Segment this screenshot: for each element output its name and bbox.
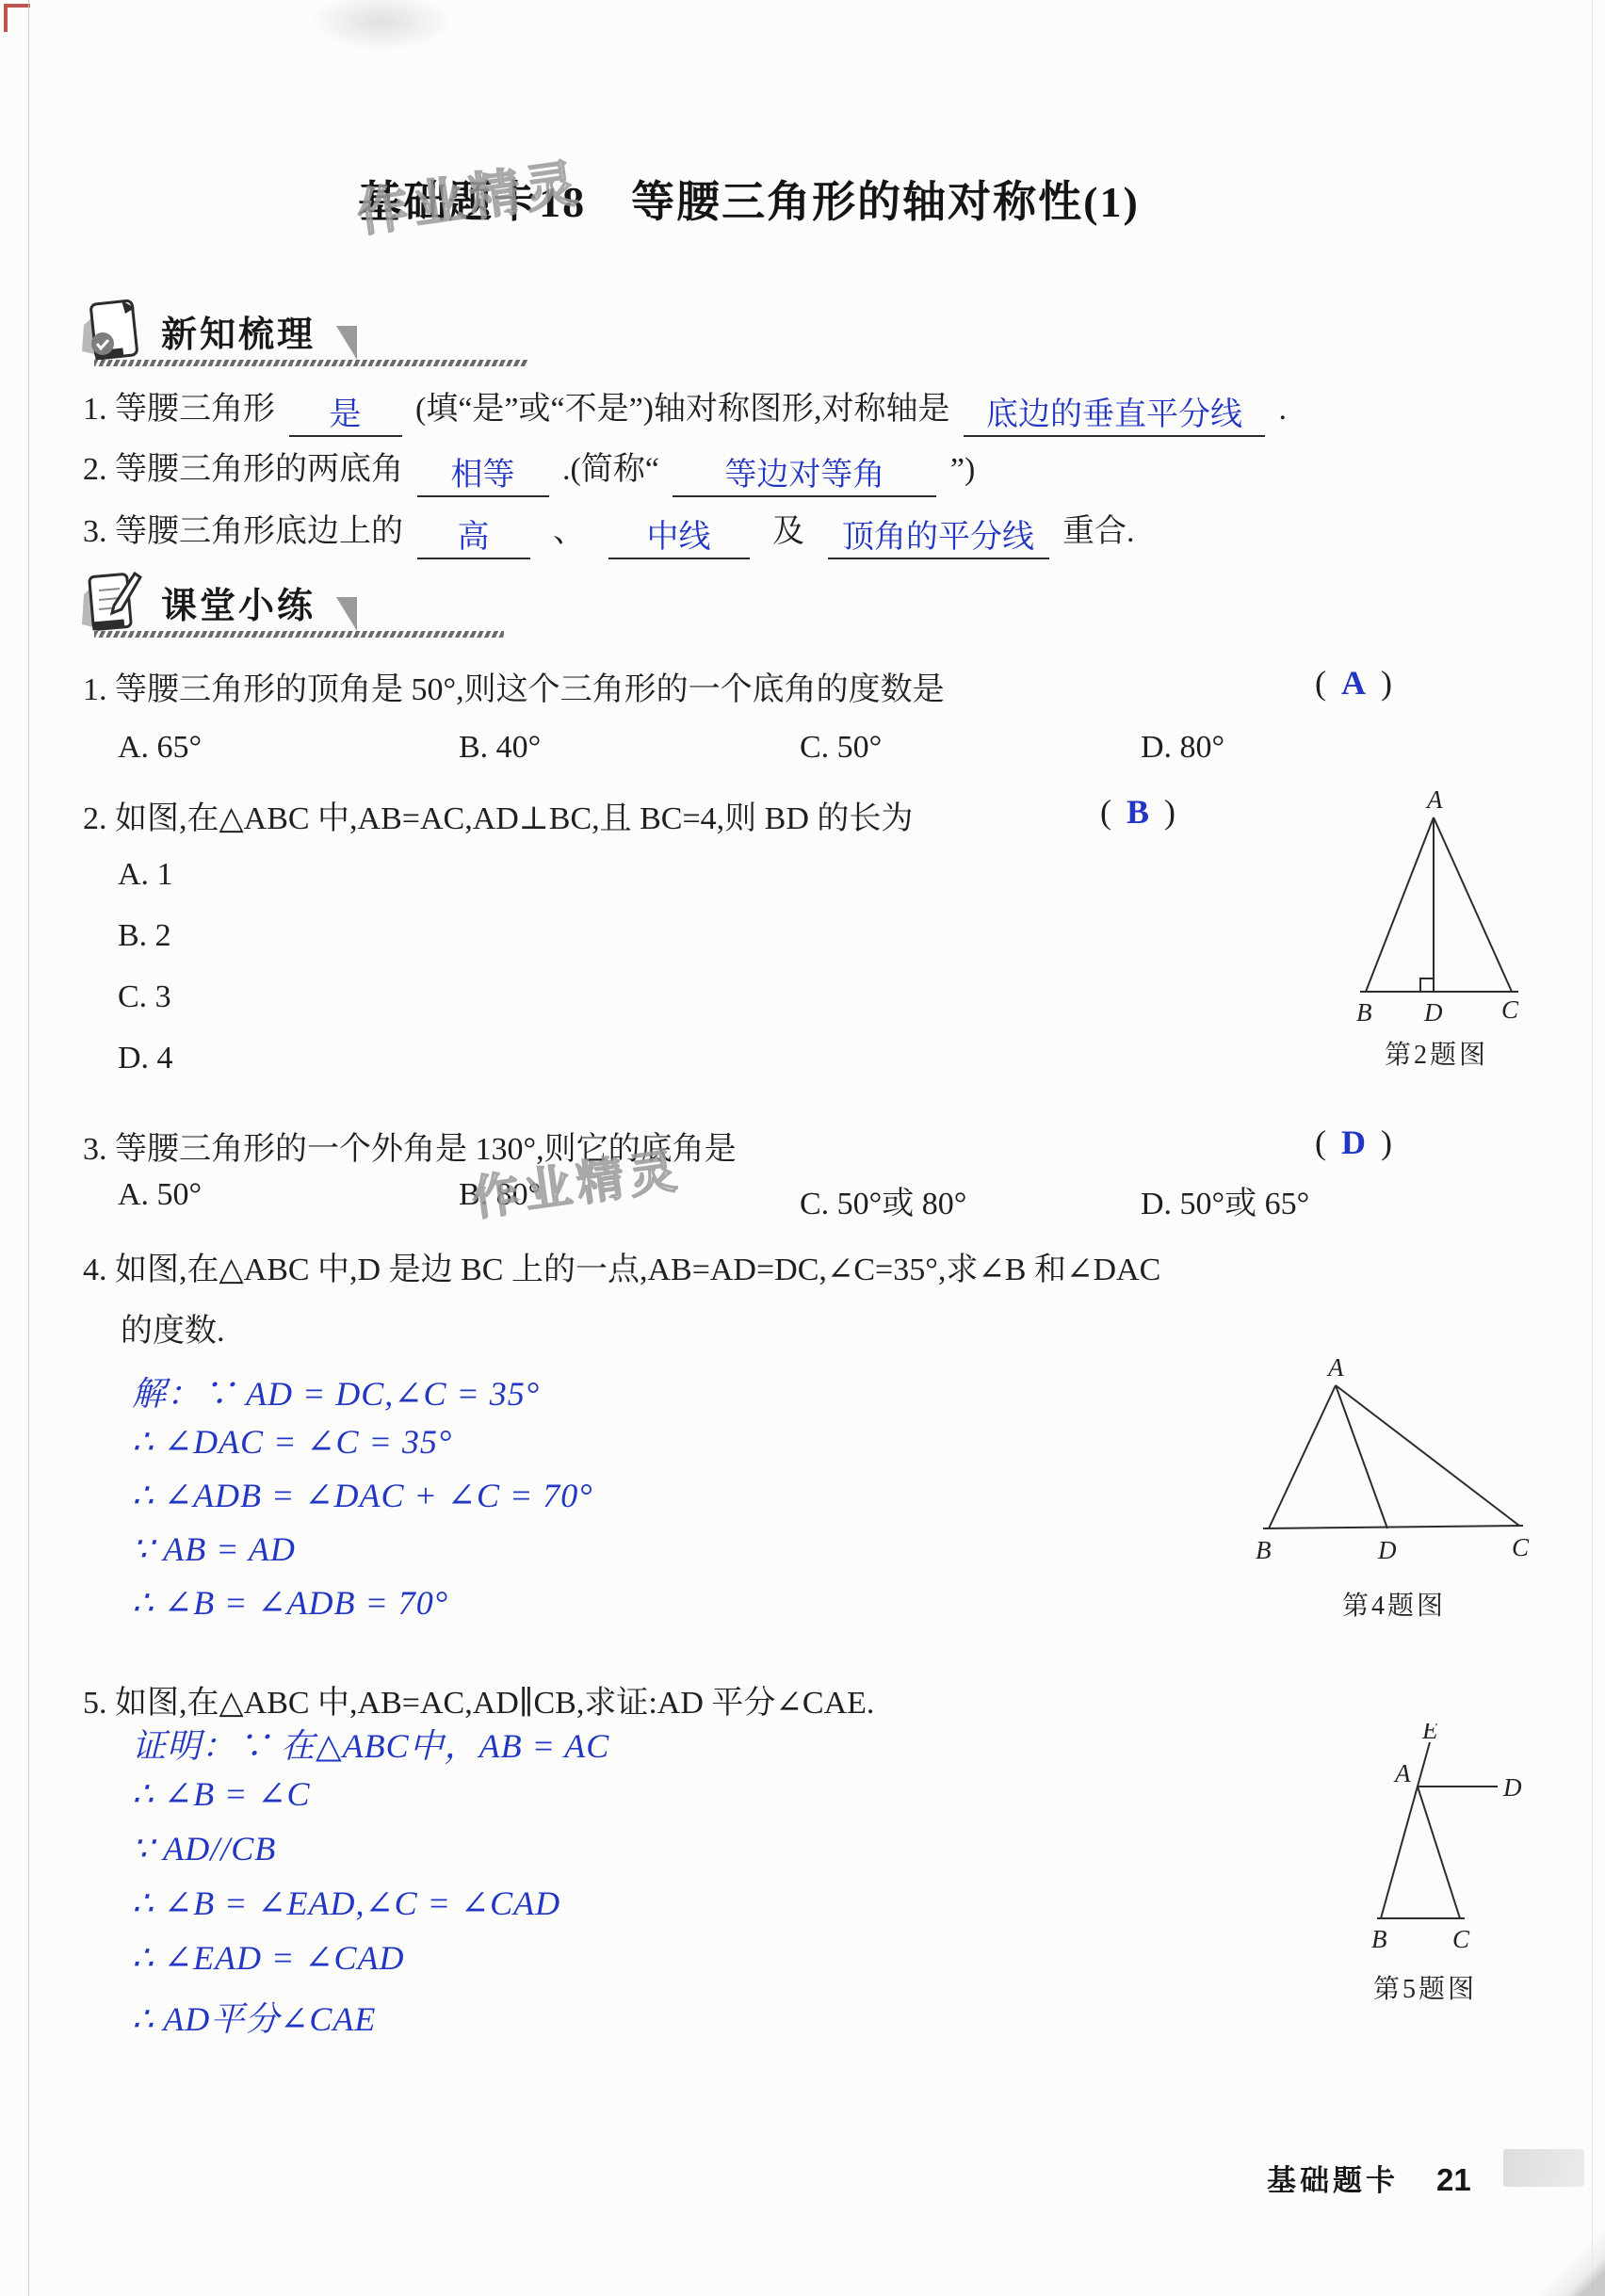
question-stem: 如图,在△ABC 中,D 是边 BC 上的一点,AB=AD=DC,∠C=35°,… — [115, 1253, 1160, 1287]
figure-caption: 第2题图 — [1333, 1034, 1540, 1072]
answer-box-q1: (A) — [1300, 663, 1407, 703]
solution-line: 解：∵ AD = DC,∠C = 35° — [132, 1367, 540, 1415]
crop-corner-mark — [4, 4, 30, 32]
figure-q5: E A D B C 第5题图 — [1317, 1723, 1533, 2006]
answer-box-q3: (D) — [1300, 1123, 1407, 1162]
review-item-1: 1. 等腰三角形 是 (填“是”或“不是”)轴对称图形,对称轴是 底边的垂直平分… — [0, 382, 1592, 437]
vertex-label-b: B — [1256, 1536, 1272, 1564]
paren-open: ( — [1100, 793, 1111, 831]
question-number: 4. — [83, 1253, 107, 1287]
item-text: 重合. — [1062, 514, 1135, 549]
vertex-label-a: A — [1425, 789, 1443, 814]
review-section-header: 新知梳理 — [80, 298, 357, 364]
vertex-label-d: D — [1377, 1536, 1397, 1564]
vertex-label-d: D — [1423, 998, 1443, 1025]
solution-line: ∴ ∠B = ∠ADB = 70° — [132, 1583, 448, 1623]
question-stem: 的度数. — [121, 1314, 225, 1349]
answer-box-q2: (B) — [1085, 792, 1191, 832]
proof-line: ∵ AD//CB — [132, 1829, 276, 1868]
question-stem: 如图,在△ABC 中,AB=AC,AD⊥BC,且 BC=4,则 BD 的长为 — [115, 801, 913, 836]
item-text: (填“是”或“不是”)轴对称图形,对称轴是 — [415, 392, 950, 427]
figure-caption: 第5题图 — [1317, 1968, 1533, 2006]
paren-open: ( — [1315, 1124, 1326, 1161]
section-pointer-icon — [336, 597, 357, 631]
review-section-title: 新知梳理 — [161, 305, 316, 357]
question-4: 4. 如图,在△ABC 中,D 是边 BC 上的一点,AB=AD=DC,∠C=3… — [0, 1243, 1592, 1289]
question-number: 5. — [83, 1686, 107, 1721]
item-text: . — [1279, 392, 1288, 427]
option-c: C. 50° — [800, 730, 882, 766]
item-text: 、 — [553, 514, 585, 549]
paren-open: ( — [1315, 664, 1326, 702]
item-text: 等腰三角形的两底角 — [115, 452, 403, 487]
vertex-label-b: B — [1356, 998, 1372, 1025]
proof-line: ∴ ∠EAD = ∠CAD — [132, 1938, 405, 1978]
practice-section-header: 课堂小练 — [80, 569, 357, 635]
footer-page-number: 21 — [1436, 2162, 1471, 2197]
proof-line: ∴ ∠B = ∠EAD,∠C = ∠CAD — [132, 1884, 560, 1923]
page-title: 基础题卡18 等腰三角形的轴对称性(1) — [0, 168, 1498, 230]
answer-letter: D — [1341, 1124, 1366, 1161]
item-text: .(简称“ — [562, 452, 659, 487]
vertex-label-a: A — [1393, 1759, 1411, 1787]
figure-q2: A B D C 第2题图 — [1333, 789, 1540, 1072]
paren-close: ) — [1381, 664, 1392, 702]
scan-smudge-footer — [1503, 2149, 1584, 2187]
figure-q4: A B D C 第4题图 — [1248, 1359, 1540, 1623]
option-b: B. 40° — [459, 730, 541, 766]
item-text: 等腰三角形底边上的 — [115, 514, 403, 549]
fill-blank-answer: 底边的垂直平分线 — [964, 397, 1265, 437]
fill-blank-answer: 相等 — [417, 458, 549, 497]
answer-letter: A — [1341, 664, 1366, 702]
vertex-label-c: C — [1512, 1533, 1530, 1561]
item-text: 及 — [772, 514, 804, 549]
item-text: 等腰三角形 — [115, 392, 275, 427]
practice-section-underline — [94, 631, 504, 638]
section-pointer-icon — [336, 326, 357, 360]
proof-line: 证明：∵ 在△ABC中，AB = AC — [132, 1720, 609, 1768]
option-b: B. 2 — [118, 918, 171, 954]
vertex-label-c: C — [1501, 995, 1519, 1024]
fill-blank-answer: 高 — [417, 520, 530, 559]
solution-line: ∵ AB = AD — [132, 1529, 296, 1569]
footer-label: 基础题卡 — [1267, 2164, 1399, 2197]
option-d: D. 4 — [118, 1041, 173, 1076]
option-a: A. 65° — [118, 730, 202, 766]
item-number: 3. — [83, 514, 107, 549]
fill-blank-answer: 顶角的平分线 — [828, 520, 1049, 559]
practice-section-title: 课堂小练 — [161, 576, 316, 628]
paren-close: ) — [1381, 1124, 1392, 1161]
item-number: 2. — [83, 452, 107, 487]
proof-line: ∴ AD平分∠CAE — [132, 1993, 376, 2041]
question-3: 3. 等腰三角形的一个外角是 130°,则它的底角是 (D) — [0, 1123, 1592, 1169]
vertex-label-a: A — [1326, 1359, 1344, 1382]
page-edge-line-right — [1592, 0, 1593, 2296]
notebook-pencil-icon — [80, 568, 146, 636]
option-a: A. 1 — [118, 857, 173, 893]
vertex-label-b: B — [1371, 1925, 1387, 1953]
item-number: 1. — [83, 392, 107, 427]
watermark-top: 作业精灵 — [352, 143, 586, 247]
vertex-label-c: C — [1452, 1925, 1470, 1953]
q5-triangle-figure: E A D B C — [1317, 1723, 1533, 1959]
page-footer: 基础题卡21 — [1267, 2157, 1471, 2199]
figure-caption: 第4题图 — [1248, 1585, 1540, 1623]
paren-close: ) — [1164, 793, 1175, 831]
review-item-2: 2. 等腰三角形的两底角 相等 .(简称“ 等边对等角 ”) — [0, 443, 1592, 497]
question-number: 2. — [83, 801, 107, 836]
review-item-3: 3. 等腰三角形底边上的 高 、 中线 及 顶角的平分线 重合. — [0, 505, 1592, 559]
question-number: 3. — [83, 1132, 107, 1167]
page-curl-shadow — [1539, 2230, 1605, 2296]
question-stem: 如图,在△ABC 中,AB=AC,AD∥CB,求证:AD 平分∠CAE. — [115, 1686, 874, 1721]
question-4-line2: 的度数. — [0, 1304, 1592, 1350]
review-section-underline — [94, 360, 527, 366]
q2-triangle-figure: A B D C — [1337, 789, 1535, 1025]
solution-line: ∴ ∠DAC = ∠C = 35° — [132, 1422, 452, 1462]
solution-line: ∴ ∠ADB = ∠DAC + ∠C = 70° — [132, 1476, 593, 1515]
fill-blank-answer: 是 — [289, 397, 402, 437]
question-stem: 等腰三角形的顶角是 50°,则这个三角形的一个底角的度数是 — [115, 672, 945, 707]
vertex-label-e: E — [1421, 1723, 1438, 1744]
scan-smudge-top — [311, 0, 452, 51]
option-a: A. 50° — [118, 1177, 202, 1213]
answer-letter: B — [1127, 793, 1149, 831]
question-1: 1. 等腰三角形的顶角是 50°,则这个三角形的一个底角的度数是 (A) — [0, 663, 1592, 709]
option-c: C. 50°或 80° — [800, 1177, 966, 1223]
question-5: 5. 如图,在△ABC 中,AB=AC,AD∥CB,求证:AD 平分∠CAE. — [0, 1676, 1592, 1722]
q4-triangle-figure: A B D C — [1248, 1359, 1540, 1576]
option-d: D. 50°或 65° — [1141, 1177, 1309, 1223]
option-c: C. 3 — [118, 979, 171, 1015]
item-text: ”) — [950, 452, 975, 487]
question-number: 1. — [83, 672, 107, 707]
option-d: D. 80° — [1141, 730, 1224, 766]
fill-blank-answer: 中线 — [608, 520, 750, 559]
fill-blank-answer: 等边对等角 — [673, 458, 936, 497]
clipboard-check-icon — [80, 297, 146, 364]
proof-line: ∴ ∠B = ∠C — [132, 1774, 311, 1814]
vertex-label-d: D — [1502, 1773, 1522, 1802]
